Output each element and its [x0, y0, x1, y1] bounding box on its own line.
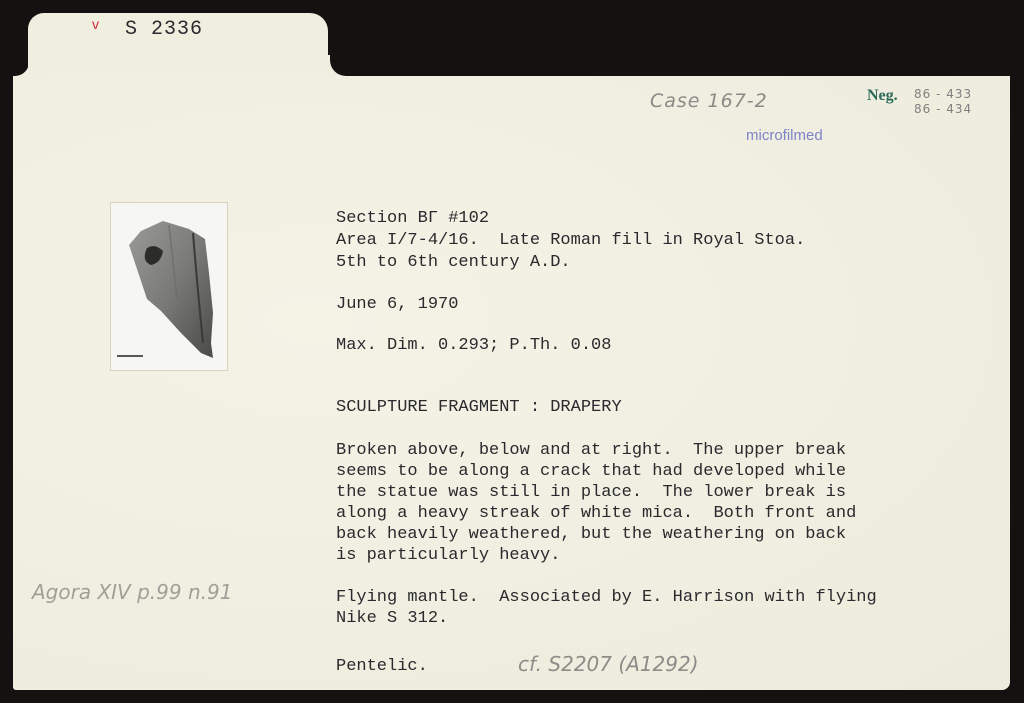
dimensions: Max. Dim. 0.293; P.Th. 0.08 — [336, 335, 611, 356]
description-line: back heavily weathered, but the weatheri… — [336, 524, 846, 545]
case-note: Case 167-2 — [650, 90, 768, 112]
area-line: Area I/7-4/16. Late Roman fill in Royal … — [336, 230, 805, 251]
negative-number: 86 - 433 — [914, 87, 972, 102]
cf-note: cf. S2207 (A1292) — [518, 652, 699, 676]
association-line: Flying mantle. Associated by E. Harrison… — [336, 587, 877, 608]
description-line: is particularly heavy. — [336, 545, 560, 566]
material: Pentelic. — [336, 656, 428, 677]
excavation-date: June 6, 1970 — [336, 294, 458, 315]
negative-number: 86 - 434 — [914, 102, 972, 117]
description-line: along a heavy streak of white mica. Both… — [336, 503, 856, 524]
date-range-line: 5th to 6th century A.D. — [336, 252, 571, 273]
publication-note: Agora XIV p.99 n.91 — [32, 580, 232, 604]
negative-label: Neg. — [867, 87, 898, 105]
red-check-mark: v — [92, 16, 99, 32]
description-line: the statue was still in place. The lower… — [336, 482, 846, 503]
association-line: Nike S 312. — [336, 608, 448, 629]
description-line: Broken above, below and at right. The up… — [336, 440, 846, 461]
section-line: Section BΓ #102 — [336, 208, 489, 229]
catalog-number: S 2336 — [125, 18, 203, 41]
object-title: SCULPTURE FRAGMENT : DRAPERY — [336, 397, 622, 418]
negative-numbers: 86 - 433 86 - 434 — [914, 87, 972, 117]
fragment-image-icon — [111, 203, 227, 370]
sculpture-fragment-photo — [111, 203, 227, 370]
microfilmed-stamp: microfilmed — [746, 127, 823, 144]
description-line: seems to be along a crack that had devel… — [336, 461, 846, 482]
